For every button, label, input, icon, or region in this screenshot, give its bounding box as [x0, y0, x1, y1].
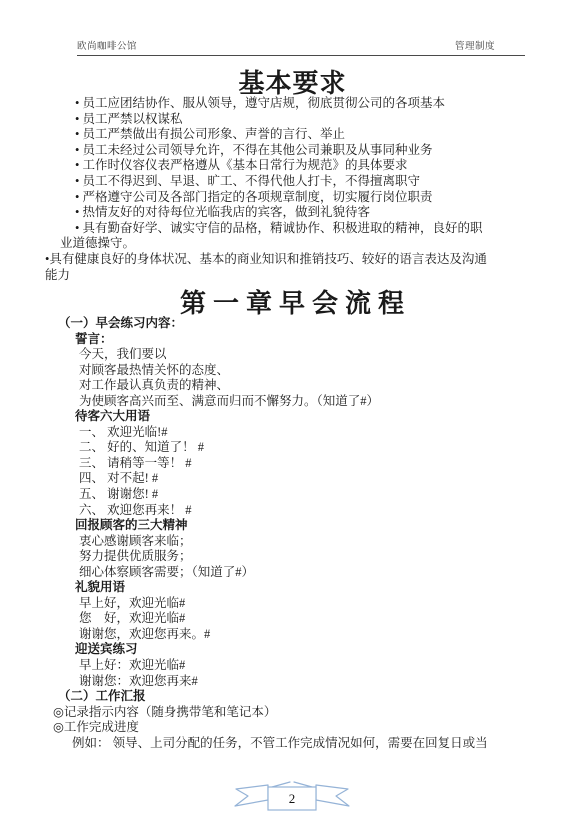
- content-line: 对工作最认真负责的精神、: [79, 378, 584, 394]
- bullet-item: 具有勤奋好学、诚实守信的品格，精诚协作、积极进取的精神，良好的职业道德操守。: [60, 221, 495, 252]
- content-line: 三、 请稍等一等！ #: [79, 456, 584, 472]
- content-line: 您 好，欢迎光临#: [79, 611, 584, 627]
- section-title-basic-requirements: 基本要求: [0, 63, 584, 100]
- content-line: 努力提供优质服务；: [79, 549, 584, 565]
- bullet-item: 热情友好的对待每位光临我店的宾客，做到礼貌待客: [60, 205, 495, 221]
- bullet-item: 员工应团结协作、服从领导，遵守店规，彻底贯彻公司的各项基本: [60, 96, 495, 112]
- content-line: 迎送宾练习: [75, 642, 584, 658]
- content-line: （二）工作汇报: [58, 689, 584, 705]
- content-line: 谢谢您，欢迎您再来。#: [79, 627, 584, 643]
- content-line: 四、 对不起! #: [79, 471, 584, 487]
- content-line: 谢谢您：欢迎您再来#: [79, 674, 584, 690]
- content-line: 为使顾客高兴而至、满意而归而不懈努力。（知道了#）: [79, 394, 584, 410]
- content-line: 二、 好的、知道了！ #: [79, 440, 584, 456]
- content-line: （一）早会练习内容：: [58, 316, 584, 332]
- content-line: 衷心感谢顾客来临；: [79, 534, 584, 550]
- header-doc-type: 管理制度: [455, 38, 525, 52]
- content-line: 早上好，欢迎光临#: [79, 596, 584, 612]
- content-line: 早上好：欢迎光临#: [79, 658, 584, 674]
- content-line: 对顾客最热情关怀的态度、: [79, 363, 584, 379]
- document-page: 欧尚咖啡公馆 管理制度 基本要求 员工应团结协作、服从领导，遵守店规，彻底贯彻公…: [0, 0, 584, 827]
- bullet-item: 严格遵守公司及各部门指定的各项规章制度，切实履行岗位职责: [60, 190, 495, 206]
- content-line: 回报顾客的三大精神: [75, 518, 584, 534]
- basic-requirements-list: 员工应团结协作、服从领导，遵守店规，彻底贯彻公司的各项基本员工严禁以权谋私员工严…: [60, 96, 495, 283]
- chapter-content: （一）早会练习内容：誓言：今天，我们要以对顾客最热情关怀的态度、对工作最认真负责…: [0, 316, 584, 751]
- bullet-item: 员工未经过公司领导允许，不得在其他公司兼职及从事同种业务: [60, 143, 495, 159]
- content-line: 礼貌用语: [75, 580, 584, 596]
- bullet-item: 工作时仪容仪表严格遵从《基本日常行为规范》的具体要求: [60, 158, 495, 174]
- content-line: 六、 欢迎您再来！ #: [79, 503, 584, 519]
- content-line: ◎记录指示内容（随身携带笔和笔记本）: [53, 705, 584, 721]
- content-line: 誓言：: [75, 332, 584, 348]
- page-number-banner: 2: [230, 779, 354, 815]
- content-line: 今天，我们要以: [79, 347, 584, 363]
- page-header: 欧尚咖啡公馆 管理制度: [77, 38, 525, 56]
- content-line: 待客六大用语: [75, 409, 584, 425]
- bullet-item-wide: 具有健康良好的身体状况、基本的商业知识和推销技巧、较好的语言表达及沟通能力: [45, 252, 495, 283]
- page-number: 2: [268, 787, 316, 810]
- bullet-item: 员工不得迟到、早退、旷工、不得代他人打卡，不得擅离职守: [60, 174, 495, 190]
- content-line: 细心体察顾客需要；（知道了#）: [79, 565, 584, 581]
- bullet-item: 员工严禁做出有损公司形象、声誉的言行、举止: [60, 127, 495, 143]
- header-company-name: 欧尚咖啡公馆: [77, 38, 137, 52]
- content-line: ◎工作完成进度: [53, 720, 584, 736]
- content-line: 一、 欢迎光临!#: [79, 425, 584, 441]
- chapter-title: 第一章早会流程: [0, 283, 584, 320]
- content-line: 五、 谢谢您! #: [79, 487, 584, 503]
- bullet-item: 员工严禁以权谋私: [60, 112, 495, 128]
- content-line: 例如： 领导、上司分配的任务，不管工作完成情况如何，需要在回复日或当: [72, 736, 584, 752]
